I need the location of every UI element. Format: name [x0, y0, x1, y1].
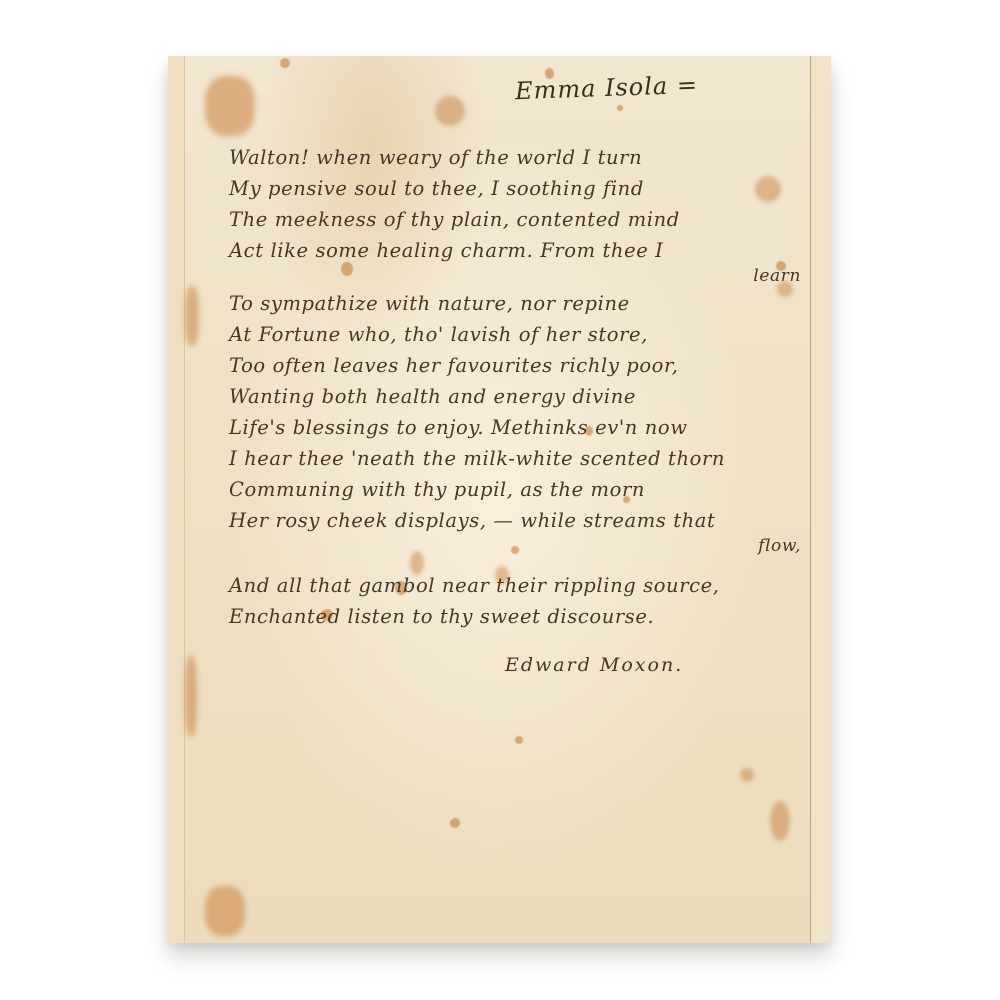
- foxing-stain: [770, 801, 790, 841]
- foxing-stain: [617, 105, 623, 111]
- poem-line: At Fortune who, tho' lavish of her store…: [229, 319, 819, 350]
- header-note: Emma Isola =: [515, 71, 699, 105]
- foxing-stain: [435, 96, 465, 126]
- poem-line: My pensive soul to thee, I soothing find: [229, 173, 819, 204]
- manuscript-sheet: Emma Isola = Walton! when weary of the w…: [185, 56, 810, 943]
- poem-line: Communing with thy pupil, as the morn: [229, 474, 819, 505]
- signature: Edward Moxon.: [505, 654, 683, 676]
- stanza-gap: [229, 558, 819, 570]
- poem-line: Too often leaves her favourites richly p…: [229, 350, 819, 381]
- poem-line: Life's blessings to enjoy. Methinks ev'n…: [229, 412, 819, 443]
- foxing-stain: [205, 76, 255, 136]
- foxing-stain: [450, 818, 460, 828]
- foxing-stain: [280, 58, 290, 68]
- stage: Emma Isola = Walton! when weary of the w…: [0, 0, 1000, 1000]
- foxing-stain: [205, 886, 245, 936]
- poem-line: To sympathize with nature, nor repine: [229, 288, 819, 319]
- poem-line-turnover: flow,: [229, 536, 819, 558]
- poem-line-turnover: learn: [229, 266, 819, 288]
- poem-line: I hear thee 'neath the milk-white scente…: [229, 443, 819, 474]
- poem-line: Act like some healing charm. From thee I: [229, 235, 819, 266]
- foxing-stain: [740, 768, 754, 782]
- poem-line: And all that gambol near their rippling …: [229, 570, 819, 601]
- poster-print: Emma Isola = Walton! when weary of the w…: [168, 56, 831, 943]
- mount-left-edge: [168, 56, 185, 943]
- foxing-stain: [515, 736, 523, 744]
- foxing-stain: [185, 656, 197, 736]
- poem-line: Enchanted listen to thy sweet discourse.: [229, 601, 819, 632]
- poem-line: Her rosy cheek displays, — while streams…: [229, 505, 819, 536]
- poem-line: Wanting both health and energy divine: [229, 381, 819, 412]
- poem-line: Walton! when weary of the world I turn: [229, 142, 819, 173]
- poem-text: Walton! when weary of the world I turn M…: [229, 142, 819, 632]
- poem-line: The meekness of thy plain, contented min…: [229, 204, 819, 235]
- foxing-stain: [185, 286, 199, 346]
